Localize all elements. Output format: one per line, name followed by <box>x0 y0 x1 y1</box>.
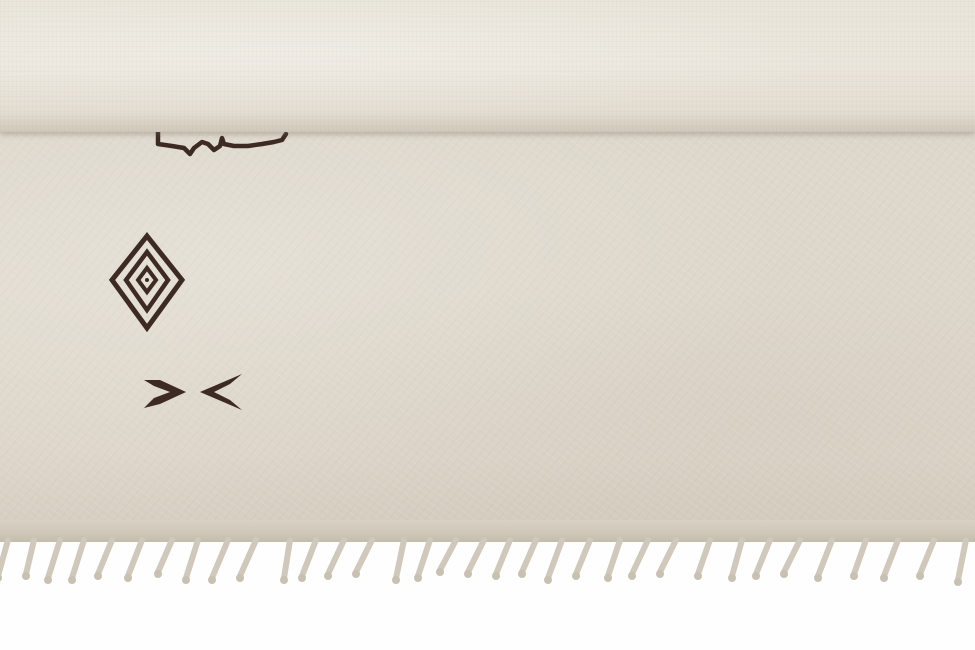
partial-lozenge-motif <box>150 128 295 160</box>
double-chevron-motif <box>140 370 246 414</box>
rug-photo: Close-up of a cream Beni Ourain style wo… <box>0 0 975 650</box>
concentric-diamond-motif <box>108 232 186 332</box>
fringe-tassels <box>0 536 975 596</box>
rug-folded-edge <box>0 0 975 132</box>
rug-body <box>0 128 975 540</box>
